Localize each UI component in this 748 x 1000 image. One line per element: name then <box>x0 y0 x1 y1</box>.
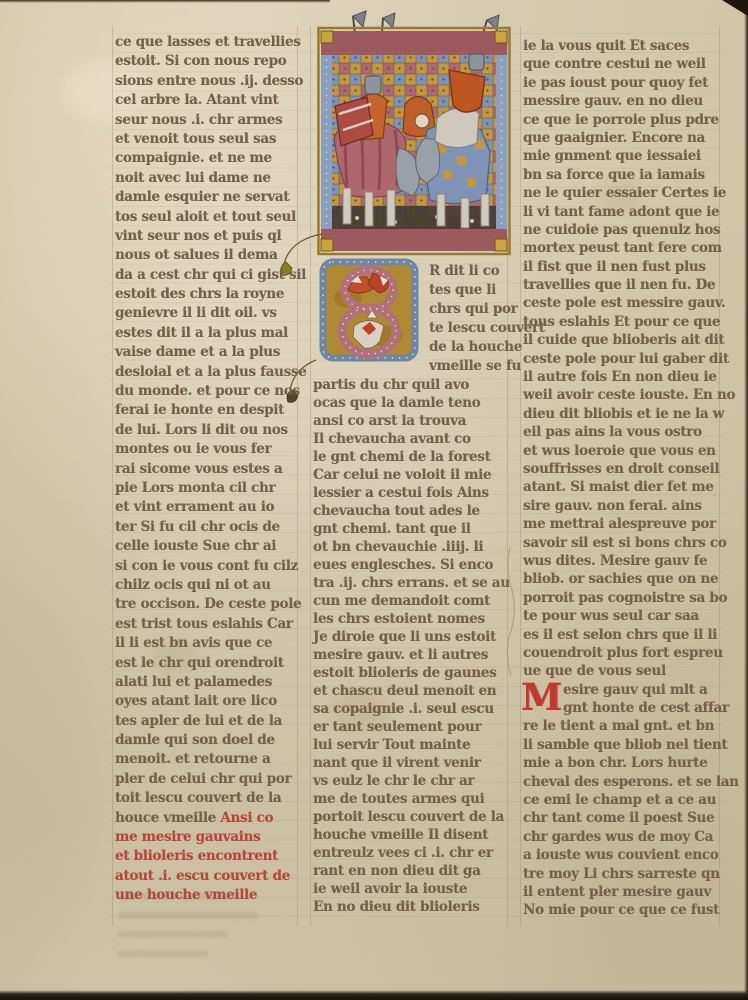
body-text: cun me demandoit comt <box>313 593 490 609</box>
text-line: porroit pas cognoistre sa bo <box>523 589 723 607</box>
manuscript-page: ce que lasses et travelliesestoit. Si co… <box>0 0 748 1000</box>
body-text: estes dit il a la plus mal <box>115 325 288 341</box>
body-text: toit lescu couvert de la <box>115 790 281 806</box>
body-text: mesire gauv. et li autres <box>313 647 488 663</box>
body-text: tes que li <box>429 282 496 298</box>
text-line: travellies que il nen fu. De <box>523 276 723 294</box>
text-line: bn sa force que ia iamais <box>523 166 723 184</box>
text-line: et wus loeroie que vous en <box>523 442 723 460</box>
body-text: bliob. or sachies que on ne <box>523 571 718 587</box>
body-text: gnt honte de cest affar <box>563 700 729 716</box>
body-text: ferai ie honte en despit <box>115 402 284 418</box>
text-line: er tant seulement pour <box>313 718 509 736</box>
text-line: cheval des esperons. et se lan <box>523 773 723 791</box>
body-text: estoit des chrs la royne <box>115 286 284 302</box>
text-line: bliob. or sachies que on ne <box>523 570 723 588</box>
body-text: a iouste wus couvient enco <box>523 847 718 863</box>
body-text: chr gardes wus de moy Ca <box>523 829 713 845</box>
text-line: de la houche <box>313 338 509 357</box>
body-text: lessier a cestui fois Ains <box>313 485 489 501</box>
body-text: cel arbre la. Atant vint <box>115 92 278 108</box>
body-text: wus dites. Mesire gauv fe <box>523 553 707 569</box>
text-line: que gaaignier. Encore na <box>523 129 723 147</box>
body-text: chrs qui por <box>429 301 518 317</box>
text-line: atout .i. escu couvert de <box>115 867 299 886</box>
body-text: dieu dit bliobis et ie ne la w <box>523 406 724 422</box>
text-line: da a cest chr qui ci gist sil <box>115 266 299 285</box>
rubric-text: me mesire gauvains <box>115 829 260 845</box>
body-text: li vi tant fame adont que ie <box>523 204 719 220</box>
text-column-middle: R dit li cotes que lichrs qui porte lesc… <box>313 262 509 916</box>
text-line: rant en non dieu dit ga <box>313 862 509 880</box>
body-text: esire gauv qui mlt a <box>563 682 707 698</box>
text-line: vaise dame et a la plus <box>115 343 299 362</box>
body-text: et wus loeroie que vous en <box>523 443 716 459</box>
body-text: travellies que il nen fu. De <box>523 277 715 293</box>
text-line: ce que lasses et travellies <box>115 33 299 52</box>
body-text: alati lui et palamedes <box>115 674 272 690</box>
body-text: si con ie vous cont fu cilz <box>115 558 298 574</box>
page-edge-bottom <box>0 990 748 1000</box>
text-line: ceste pole pour lui gaber dit <box>523 350 723 368</box>
body-text: estoit blioleris de gaunes <box>313 665 496 681</box>
body-text: ce que ie porroie plus pdre <box>523 112 719 128</box>
body-text: Car celui ne voloit il mie <box>313 467 491 483</box>
text-line: montes ou ie vous fer <box>115 440 299 459</box>
text-line: me mettrai alespreuve por <box>523 515 723 533</box>
text-line: eil pas ains la vous ostro <box>523 423 723 441</box>
body-text: ne cuidoie pas quenulz hos <box>523 222 720 238</box>
show-through-text <box>118 950 208 957</box>
text-line: No mie pour ce que ce fust <box>523 901 723 919</box>
text-line: re le tient a mal gnt. et bn <box>523 717 723 735</box>
text-line: mie a bon chr. Lors hurte <box>523 754 723 772</box>
body-text: est le chr qui orendroit <box>115 655 284 671</box>
body-text: ce emi le champ et a ce au <box>523 792 716 808</box>
text-line: damle qui son doel de <box>115 731 299 750</box>
text-line: portoit lescu couvert de la <box>313 808 509 826</box>
text-line: couendroit plus fort espreu <box>523 644 723 662</box>
text-line: lessier a cestui fois Ains <box>313 484 509 502</box>
body-text: ot bn chevauchie .iiij. li <box>313 539 483 555</box>
rubric-text: et blioleris encontrent <box>115 848 278 864</box>
drop-cap-m: M <box>521 677 559 717</box>
text-line: le gnt chemi de la forest <box>313 448 509 466</box>
text-line: il autre fois En non dieu ie <box>523 368 723 386</box>
body-text: mie gnment que iessaiei <box>523 148 701 164</box>
body-text: te pour wus seul car saa <box>523 608 699 624</box>
body-text: ie pas ioust pour quoy fet <box>523 75 708 91</box>
text-line: cun me demandoit comt <box>313 592 509 610</box>
show-through-text <box>118 931 228 938</box>
body-text: que gaaignier. Encore na <box>523 130 705 146</box>
body-text: me de toutes armes qui <box>313 791 484 807</box>
text-line: ot bn chevauchie .iiij. li <box>313 538 509 556</box>
text-line: a iouste wus couvient enco <box>523 846 723 864</box>
text-line: savoir sil est si bons chrs co <box>523 534 723 552</box>
body-text: savoir sil est si bons chrs co <box>523 535 726 551</box>
body-text: menoit. et retourne a <box>115 751 270 767</box>
body-text: ocas que la damle teno <box>313 395 480 411</box>
body-text: oyes atant lait ore lico <box>115 693 277 709</box>
body-text: rai sicome vous estes a <box>115 461 282 477</box>
text-line: chilz ocis qui ni ot au <box>115 576 299 595</box>
body-text: weil avoir ceste iouste. En no <box>523 387 735 403</box>
rubric-text: atout .i. escu couvert de <box>115 868 290 884</box>
body-text: chevaucha tout ades le <box>313 503 480 519</box>
text-line: ter Si fu cil chr ocis de <box>115 518 299 537</box>
text-line: les chrs estoient nomes <box>313 610 509 628</box>
text-line: pler de celui chr qui por <box>115 770 299 789</box>
body-text: le gnt chemi de la forest <box>313 449 491 465</box>
body-text: R dit li co <box>429 263 499 279</box>
body-text: compaignie. et ne me <box>115 150 272 166</box>
text-line: il li est bn avis que ce <box>115 634 299 653</box>
body-text: vaise dame et a la plus <box>115 344 280 360</box>
text-line: partis du chr quil avo <box>313 376 509 394</box>
body-text: ter Si fu cil chr ocis de <box>115 519 280 535</box>
text-line: vmeille se fu <box>313 357 509 376</box>
text-line: mortex peust tant fere com <box>523 239 723 257</box>
text-line: ocas que la damle teno <box>313 394 509 412</box>
body-text: et vint errament au io <box>115 499 274 515</box>
body-text: montes ou ie vous fer <box>115 441 271 457</box>
body-text: es il est selon chrs que il li <box>523 627 717 643</box>
text-line: mesire gauv. et li autres <box>313 646 509 664</box>
body-text: est trist tous eslahis Car <box>115 616 293 632</box>
text-line: damle esquier ne servat <box>115 188 299 207</box>
body-text: vint seur nos et puis ql <box>115 228 281 244</box>
body-text: noit avec lui dame ne <box>115 170 271 186</box>
body-text: genievre il li dit oil. vs <box>115 305 277 321</box>
body-text: sions entre nous .ij. desso <box>115 73 303 89</box>
text-line: chevaucha tout ades le <box>313 502 509 520</box>
text-line: mie gnment que iessaiei <box>523 147 723 165</box>
body-text: li samble que bliob nel tient <box>523 737 727 753</box>
text-line: tre occison. De ceste pole <box>115 595 299 614</box>
body-text: desloial et a la plus fausse <box>115 364 306 380</box>
text-line: ce emi le champ et a ce au <box>523 791 723 809</box>
body-text: que contre cestui ne weil <box>523 56 706 72</box>
body-text: eil pas ains la vous ostro <box>523 424 702 440</box>
text-line: genievre il li dit oil. vs <box>115 304 299 323</box>
body-text: il cuide que blioberis ait dit <box>523 332 724 348</box>
text-line: me de toutes armes qui <box>313 790 509 808</box>
body-text: me mettrai alespreuve por <box>523 516 716 532</box>
body-text: rant en non dieu dit ga <box>313 863 481 879</box>
body-text: et venoit tous seul sas <box>115 131 276 147</box>
body-text: Il chevaucha avant co <box>313 431 471 447</box>
body-text: estoit. Si con nous repo <box>115 53 286 69</box>
text-line: pie Lors monta cil chr <box>115 479 299 498</box>
body-text: re le tient a mal gnt. et bn <box>523 718 714 734</box>
text-line: ferai ie honte en despit <box>115 401 299 420</box>
text-line: gnt chemi. tant que il <box>313 520 509 538</box>
body-text: pie Lors monta cil chr <box>115 480 275 496</box>
body-text: de la houche <box>429 339 522 355</box>
text-line: houche vmeille Il disent <box>313 826 509 844</box>
text-line: messire gauv. en no dieu <box>523 92 723 110</box>
body-text: messire gauv. en no dieu <box>523 93 703 109</box>
text-line: ne le quier essaier Certes ie <box>523 184 723 202</box>
text-line: chr tant come il poest Sue <box>523 809 723 827</box>
text-line: il fist que il nen fust plus <box>523 258 723 276</box>
body-text: il li est bn avis que ce <box>115 635 272 651</box>
text-line: tos seul aloit et tout seul <box>115 208 299 227</box>
text-line: et blioleris encontrent <box>115 847 299 866</box>
body-text: pler de celui chr qui por <box>115 771 291 787</box>
body-text: portoit lescu couvert de la <box>313 809 504 825</box>
rubric-text: Ansi co <box>220 810 273 826</box>
body-text: Je diroie que li uns estoit <box>313 629 496 645</box>
text-line: tra .ij. chrs errans. et se au <box>313 574 509 592</box>
text-line: te lescu couvert <box>313 319 509 338</box>
text-line: ie pas ioust pour quoy fet <box>523 74 723 92</box>
body-text: partis du chr quil avo <box>313 377 469 393</box>
text-line: il cuide que blioberis ait dit <box>523 331 723 349</box>
text-line: ie weil avoir la iouste <box>313 880 509 898</box>
text-line: me mesire gauvains <box>115 828 299 847</box>
text-line: nant que il virent venir <box>313 754 509 772</box>
text-line: estes dit il a la plus mal <box>115 324 299 343</box>
text-line: entreulz vees ci .i. chr er <box>313 844 509 862</box>
text-line: et chascu deul menoit en <box>313 682 509 700</box>
text-line: oyes atant lait ore lico <box>115 692 299 711</box>
text-line: te pour wus seul car saa <box>523 607 723 625</box>
body-text: et chascu deul menoit en <box>313 683 496 699</box>
body-text: nant que il virent venir <box>313 755 481 771</box>
text-line: de lui. Lors li dit ou nos <box>115 421 299 440</box>
body-text: vmeille se fu <box>429 358 521 374</box>
text-column-right: ie la vous quit Et sacesque contre cestu… <box>523 37 723 920</box>
text-line: chrs qui por <box>313 300 509 319</box>
body-text: lui servir Tout mainte <box>313 737 470 753</box>
body-text: tre moy Li chrs sarreste qn <box>523 866 720 882</box>
text-line: sa copaignie .i. seul escu <box>313 700 509 718</box>
body-text: il fist que il nen fust plus <box>523 259 706 275</box>
text-line: Car celui ne voloit il mie <box>313 466 509 484</box>
text-line: eues englesches. Si enco <box>313 556 509 574</box>
text-line: weil avoir ceste iouste. En no <box>523 386 723 404</box>
text-line: li samble que bliob nel tient <box>523 736 723 754</box>
text-line: du monde. et pour ce nos <box>115 382 299 401</box>
text-line: il entent pler mesire gauv <box>523 883 723 901</box>
show-through-text <box>118 912 258 919</box>
text-column-left: ce que lasses et travelliesestoit. Si co… <box>115 33 299 906</box>
text-line: Il chevaucha avant co <box>313 430 509 448</box>
body-text: souffrisses en droit conseil <box>523 461 719 477</box>
text-line: Je diroie que li uns estoit <box>313 628 509 646</box>
text-line: atant. Si maist dier fet me <box>523 478 723 496</box>
text-line: ne cuidoie pas quenulz hos <box>523 221 723 239</box>
text-line: toit lescu couvert de la <box>115 789 299 808</box>
body-text: ansi co arst la trouva <box>313 413 466 429</box>
text-line: chr gardes wus de moy Ca <box>523 828 723 846</box>
body-text: tre occison. De ceste pole <box>115 596 301 612</box>
body-text: de lui. Lors li dit ou nos <box>115 422 288 438</box>
text-line: est trist tous eslahis Car <box>115 615 299 634</box>
text-line: En no dieu dit blioleris <box>313 898 509 916</box>
vertical-ruling-line <box>310 26 311 926</box>
text-line: lui servir Tout mainte <box>313 736 509 754</box>
body-text: ceste pole est messire gauv. <box>523 295 725 311</box>
joust-miniature <box>317 8 513 256</box>
body-text: damle qui son doel de <box>115 732 275 748</box>
vertical-ruling-line <box>520 26 521 926</box>
body-text: il autre fois En non dieu ie <box>523 369 717 385</box>
text-line: si con ie vous cont fu cilz <box>115 557 299 576</box>
text-line: dieu dit bliobis et ie ne la w <box>523 405 723 423</box>
text-line: menoit. et retourne a <box>115 750 299 769</box>
text-line: R dit li co <box>313 262 509 281</box>
body-text: houche vmeille Il disent <box>313 827 488 843</box>
text-line: et venoit tous seul sas <box>115 130 299 149</box>
text-line: estoit des chrs la royne <box>115 285 299 304</box>
page-corner-shadow <box>722 0 748 16</box>
body-text: gnt chemi. tant que il <box>313 521 471 537</box>
text-line: nous ot salues il dema <box>115 246 299 265</box>
body-text: chr tant come il poest Sue <box>523 810 714 826</box>
body-text: tes apler de lui et de la <box>115 713 282 729</box>
text-line: tous eslahis Et pour ce que <box>523 313 723 331</box>
body-text: ne le quier essaier Certes ie <box>523 185 726 201</box>
body-text: ie weil avoir la iouste <box>313 881 467 897</box>
text-line: tes que li <box>313 281 509 300</box>
text-line: wus dites. Mesire gauv fe <box>523 552 723 570</box>
body-text: il entent pler mesire gauv <box>523 884 711 900</box>
text-line: tes apler de lui et de la <box>115 712 299 731</box>
text-line: ansi co arst la trouva <box>313 412 509 430</box>
body-text: tous eslahis Et pour ce que <box>523 314 720 330</box>
text-line: que contre cestui ne weil <box>523 55 723 73</box>
body-text: du monde. et pour ce nos <box>115 383 300 399</box>
body-text: houce vmeille <box>115 810 220 826</box>
text-line: ceste pole est messire gauv. <box>523 294 723 312</box>
text-line: tre moy Li chrs sarreste qn <box>523 865 723 883</box>
joust-miniature-svg <box>317 8 513 256</box>
text-line: desloial et a la plus fausse <box>115 363 299 382</box>
body-text: porroit pas cognoistre sa bo <box>523 590 727 606</box>
text-line: seur nous .i. chr armes <box>115 111 299 130</box>
body-text: No mie pour ce que ce fust <box>523 902 719 918</box>
body-text: En no dieu dit blioleris <box>313 899 480 915</box>
body-text: eues englesches. Si enco <box>313 557 493 573</box>
text-line: estoit. Si con nous repo <box>115 52 299 71</box>
text-line: ce que ie porroie plus pdre <box>523 111 723 129</box>
text-line: li vi tant fame adont que ie <box>523 203 723 221</box>
body-text: ceste pole pour lui gaber dit <box>523 351 729 367</box>
text-line: rai sicome vous estes a <box>115 460 299 479</box>
body-text: mie a bon chr. Lors hurte <box>523 755 707 771</box>
body-text: seur nous .i. chr armes <box>115 112 282 128</box>
body-text: sa copaignie .i. seul escu <box>313 701 494 717</box>
body-text: cheval des esperons. et se lan <box>523 774 739 790</box>
show-through-text <box>118 893 238 900</box>
text-line: ie la vous quit Et saces <box>523 37 723 55</box>
text-line: sire gauv. non ferai. ains <box>523 497 723 515</box>
body-text: les chrs estoient nomes <box>313 611 485 627</box>
body-text: chilz ocis qui ni ot au <box>115 577 271 593</box>
body-text: da a cest chr qui ci gist sil <box>115 267 306 283</box>
body-text: tos seul aloit et tout seul <box>115 209 296 225</box>
body-text: nous ot salues il dema <box>115 247 277 263</box>
body-text: vs eulz le chr le chr ar <box>313 773 474 789</box>
body-text: sire gauv. non ferai. ains <box>523 498 702 514</box>
body-text: ce que lasses et travellies <box>115 34 301 50</box>
body-text: er tant seulement pour <box>313 719 481 735</box>
page-edge-right <box>744 0 748 1000</box>
page-edge-top <box>0 0 330 3</box>
body-text: mortex peust tant fere com <box>523 240 722 256</box>
text-line: alati lui et palamedes <box>115 673 299 692</box>
body-text: bn sa force que ia iamais <box>523 167 705 183</box>
text-line: estoit blioleris de gaunes <box>313 664 509 682</box>
text-line: houce vmeille Ansi co <box>115 809 299 828</box>
text-line: souffrisses en droit conseil <box>523 460 723 478</box>
body-text: damle esquier ne servat <box>115 189 289 205</box>
text-line: celle iouste Sue chr ai <box>115 537 299 556</box>
text-line: vs eulz le chr le chr ar <box>313 772 509 790</box>
text-line: cel arbre la. Atant vint <box>115 91 299 110</box>
text-line: et vint errament au io <box>115 498 299 517</box>
body-text: ie la vous quit Et saces <box>523 38 689 54</box>
text-line: noit avec lui dame ne <box>115 169 299 188</box>
vertical-ruling-line <box>112 26 113 926</box>
body-text: atant. Si maist dier fet me <box>523 479 714 495</box>
text-line: vint seur nos et puis ql <box>115 227 299 246</box>
body-text: couendroit plus fort espreu <box>523 645 723 661</box>
text-line: sions entre nous .ij. desso <box>115 72 299 91</box>
body-text: entreulz vees ci .i. chr er <box>313 845 493 861</box>
text-line: es il est selon chrs que il li <box>523 626 723 644</box>
body-text: celle iouste Sue chr ai <box>115 538 276 554</box>
text-line: compaignie. et ne me <box>115 149 299 168</box>
text-line: est le chr qui orendroit <box>115 654 299 673</box>
body-text: tra .ij. chrs errans. et se au <box>313 575 510 591</box>
